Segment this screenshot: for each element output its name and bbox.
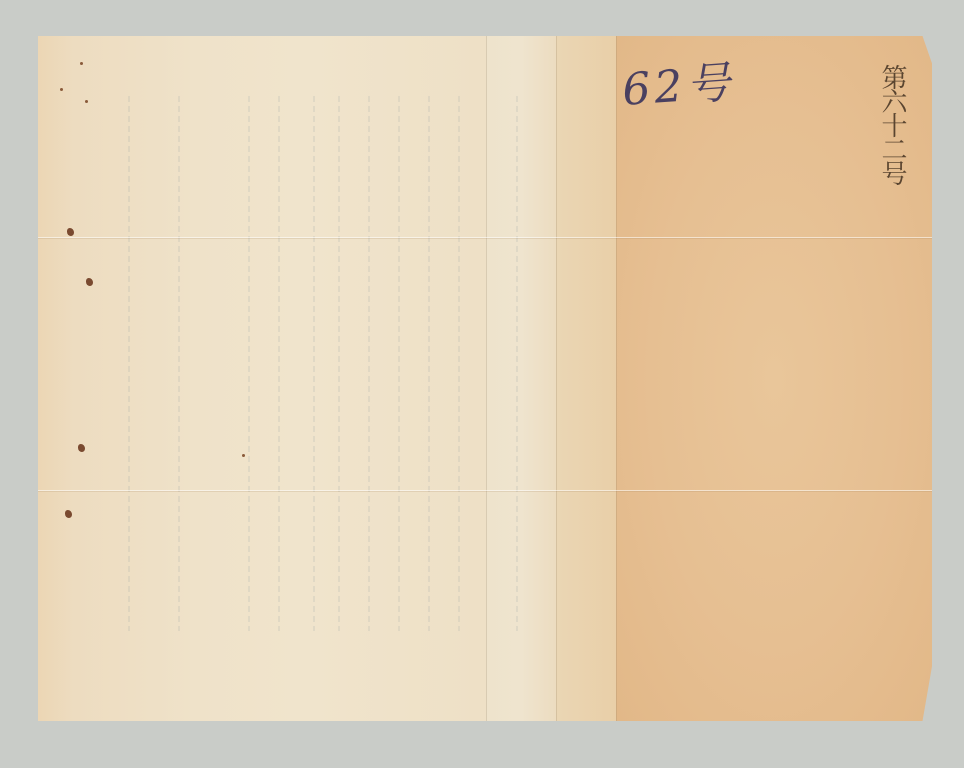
bleed-through-line: [248, 96, 250, 631]
paper-panel-mid2: [556, 36, 616, 721]
binding-hole: [67, 228, 74, 236]
handwritten-vertical-label: 第六十二号: [878, 64, 906, 184]
bleed-through-line: [368, 96, 370, 631]
binding-hole: [78, 444, 85, 452]
bleed-through-line: [516, 96, 518, 631]
horizontal-fold: [38, 237, 932, 238]
bleed-through-line: [313, 96, 315, 631]
paper-speck: [80, 62, 83, 65]
bleed-through-line: [178, 96, 180, 631]
paper-speck: [85, 100, 88, 103]
binding-hole: [86, 278, 93, 286]
vertical-fold: [616, 36, 617, 721]
paper-panel-left: [38, 36, 486, 721]
bleed-through-line: [428, 96, 430, 631]
bleed-through-line: [338, 96, 340, 631]
paper-speck: [60, 88, 63, 91]
paper-speck: [242, 454, 245, 457]
handwritten-number: 62号: [620, 46, 736, 118]
vertical-fold: [556, 36, 557, 721]
bleed-through-line: [398, 96, 400, 631]
bleed-through-line: [278, 96, 280, 631]
paper-panel-mid: [486, 36, 556, 721]
document-sheet: [38, 36, 932, 721]
bleed-through-line: [458, 96, 460, 631]
horizontal-fold: [38, 490, 932, 491]
bleed-through-line: [128, 96, 130, 631]
binding-hole: [65, 510, 72, 518]
vertical-fold: [486, 36, 487, 721]
